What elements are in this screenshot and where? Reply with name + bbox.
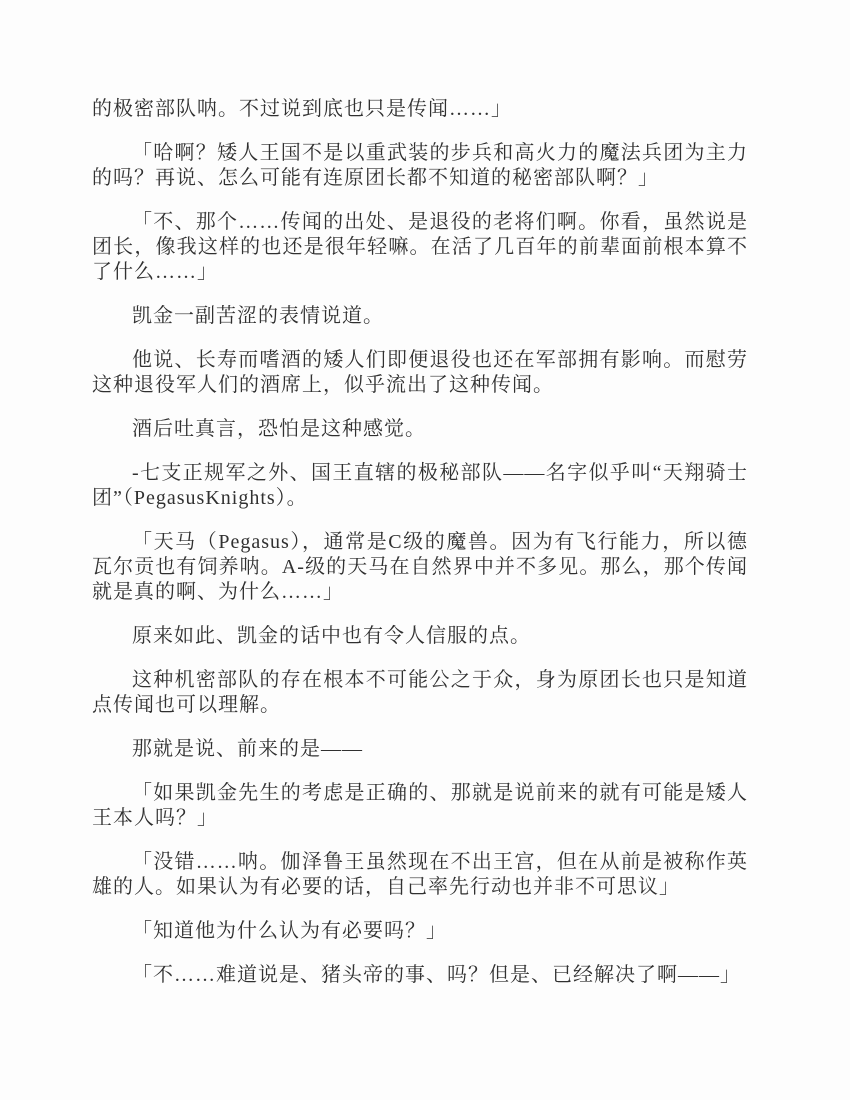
paragraph: 酒后吐真言，恐怕是这种感觉。 xyxy=(92,417,748,442)
paragraph: 「没错……呐。伽泽鲁王虽然现在不出王宫，但在从前是被称作英雄的人。如果认为有必要… xyxy=(92,850,748,900)
paragraph: 「如果凯金先生的考虑是正确的、那就是说前来的就有可能是矮人王本人吗？」 xyxy=(92,781,748,831)
paragraph: 那就是说、前来的是—— xyxy=(92,737,748,762)
paragraph: 凯金一副苦涩的表情说道。 xyxy=(92,304,748,329)
paragraph: 「不、那个……传闻的出处、是退役的老将们啊。你看，虽然说是团长，像我这样的也还是… xyxy=(92,210,748,285)
paragraph: 这种机密部队的存在根本不可能公之于众，身为原团长也只是知道点传闻也可以理解。 xyxy=(92,668,748,718)
paragraph: 「知道他为什么认为有必要吗？」 xyxy=(92,919,748,944)
paragraph: -七支正规军之外、国王直辖的极秘部队——名字似乎叫“天翔骑士团”（Pegasus… xyxy=(92,461,748,511)
paragraph: 「天马（Pegasus），通常是C级的魔兽。因为有飞行能力，所以德瓦尔贡也有饲养… xyxy=(92,530,748,605)
paragraph: 「不……难道说是、猪头帝的事、吗？但是、已经解决了啊——」 xyxy=(92,963,748,988)
paragraph: 的极密部队呐。不过说到底也只是传闻……」 xyxy=(92,97,748,122)
text-column: 的极密部队呐。不过说到底也只是传闻……」「哈啊？矮人王国不是以重武装的步兵和高火… xyxy=(92,97,748,1007)
paragraph: 原来如此、凯金的话中也有令人信服的点。 xyxy=(92,624,748,649)
paragraph: 他说、长寿而嗜酒的矮人们即便退役也还在军部拥有影响。而慰劳这种退役军人们的酒席上… xyxy=(92,348,748,398)
paragraph: 「哈啊？矮人王国不是以重武装的步兵和高火力的魔法兵团为主力的吗？再说、怎么可能有… xyxy=(92,141,748,191)
novel-page: 的极密部队呐。不过说到底也只是传闻……」「哈啊？矮人王国不是以重武装的步兵和高火… xyxy=(0,0,850,1100)
